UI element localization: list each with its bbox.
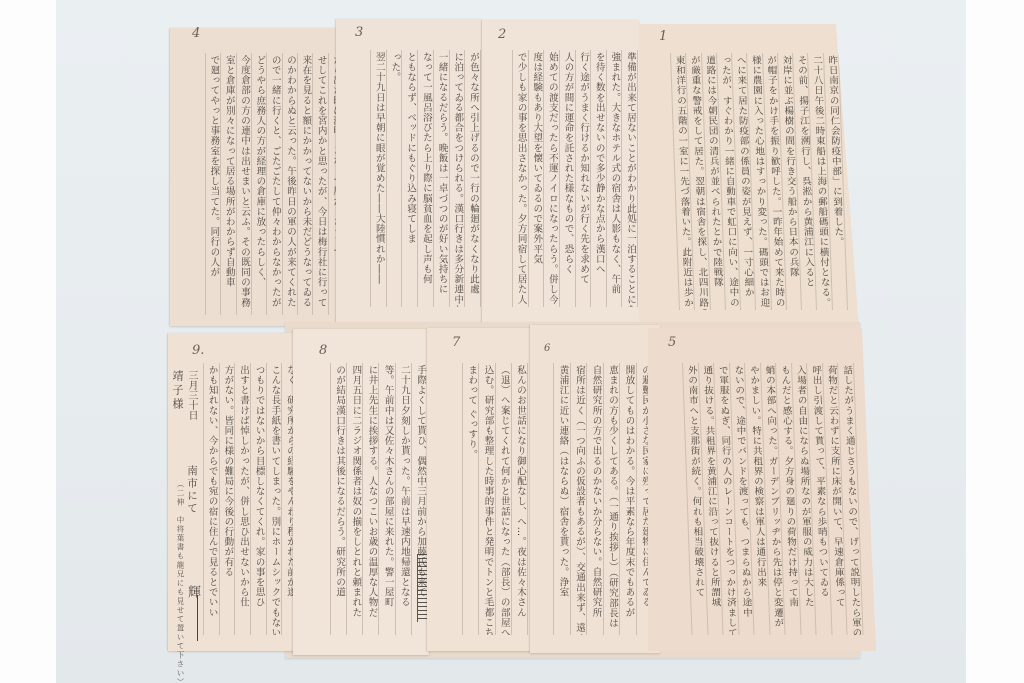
handwritten-line: 準備が出来て居ないことがわかり此処に一泊することになり bbox=[621, 50, 637, 307]
page-number: 6 bbox=[544, 344, 550, 354]
letter-page-3: 3 が色々な所へ引上げるので一行の輪廻がなくなり此處 に泊ってゐる都合をつけられ… bbox=[336, 19, 482, 324]
handwritten-line: まわって ぐっすり。 bbox=[462, 363, 478, 635]
handwritten-line: 翌二十九日は早朝に眼が覚めた――大陸慣れか―― bbox=[370, 50, 386, 307]
handwritten-line: 始めての渡支だったら不運ノイロになったらう。併し今 bbox=[543, 50, 559, 307]
handwritten-line: 度は経験もあり大望を懐いてゐるので案外平気 bbox=[528, 50, 544, 307]
handwritten-line: こんな長手紙を書いてしまった。別にホームシックでもない bbox=[266, 363, 282, 635]
handwritten-line: 私んのお世話になり御心配なし、へ…。夜は佐々木さん bbox=[511, 363, 527, 635]
letter-page-6: 6 の避難民が小さな民家に残って居た建物に住んでゐる 開放してものはわかる。今は… bbox=[530, 325, 660, 653]
handwritten-line: 恵まれの方も少くしてある。（一通り挨拶し）（研究部長は bbox=[603, 363, 620, 635]
handwritten-line: なって一風呂浴びたら上り際に脳貧血を起し声も何 bbox=[417, 50, 433, 307]
letter-addressee: 靖子様 bbox=[171, 370, 183, 412]
handwritten-line: のが結局漢口行きは其後になるだらう。研究所の道 bbox=[330, 363, 346, 635]
signature-stroke bbox=[197, 595, 198, 641]
ruled-columns: の避難民が小さな民家に残って居た建物に住んでゐる 開放してものはわかる。今は平素… bbox=[553, 363, 653, 635]
ruled-columns: 昨日南京の同仁会防疫中部」に到着した。 二十八日午後二時東船は上海の郵船碼頭に横… bbox=[670, 53, 848, 310]
handwritten-line: 宿所は近く（一つ向ふの仮設者もあるが）、交通出来ず、遠く bbox=[570, 363, 587, 635]
letter-page-1: 1 昨日南京の同仁会防疫中部」に到着した。 二十八日午後二時東船は上海の郵船碼頭… bbox=[639, 24, 859, 329]
handwritten-line: のかわからぬと云った。午後昨日の軍の人が来てくれた bbox=[282, 53, 297, 315]
handwritten-line: 人の方が間に運命を託された様なもので、恐らく bbox=[559, 50, 575, 307]
handwritten-line: 黄浦江に近い連絡（はならぬ）宿舎を貰った。浄室 bbox=[553, 363, 570, 635]
page-number: 3 bbox=[355, 26, 363, 39]
letter-page-2: 2 準備が出来て居ないことがわかり此処に一泊することになり 強まれた。大きなホテ… bbox=[482, 20, 639, 324]
handwritten-line: 四月五日に二ラジオ関係者は奴の揃をしとれと頼まれた bbox=[346, 363, 362, 635]
handwritten-line: 一緒になるだらう。晩飯は一卓づつのが好い気持ちに bbox=[433, 50, 449, 307]
ruled-columns: たら出た時は薄明りとなって居た。さうして せしてこれを宮内かと思ったが、今日は梅… bbox=[205, 53, 344, 315]
handwritten-line: が色々な所へ引上げるので一行の輪廻がなくなり此處 bbox=[464, 50, 480, 307]
handwritten-line: ともならず、ベッドにもぐり込み寝てしま bbox=[401, 50, 417, 307]
letter-postscript: （二伸 中将葉書も龍兄にも見せて置いて下さい） bbox=[174, 480, 186, 683]
ruled-columns: 話したがうまく通じさうもないので、げって説明したら軍の 荷物だと云わずに支所に床… bbox=[682, 363, 863, 635]
handwritten-line: 今度倉部の方の連中は出せまいと云ふ。その既同の事務 bbox=[236, 53, 251, 315]
handwritten-line: 二十九日夕刻しか貰った。午前は早速内地帰還となる bbox=[395, 363, 411, 635]
handwritten-line: 出すと書けば悼しかったが、併し思ひ出せないから仕 bbox=[234, 363, 250, 635]
ruled-columns: なく、研究所からの経験をやんわり程かれた前が遂 こんな長手紙を書いてしまった。別… bbox=[203, 363, 298, 635]
letter-date: 三月三十日 bbox=[185, 370, 197, 420]
page-number: 1 bbox=[659, 30, 667, 43]
page-number: 8 bbox=[319, 344, 327, 357]
letter-page-9: 9. なく、研究所からの経験をやんわり程かれた前が遂 こんな長手紙を書いてしまっ… bbox=[168, 333, 300, 651]
handwritten-line: 強まれた。大きなホテル式の宿舎は人影もなく、午前 bbox=[606, 50, 622, 307]
handwritten-line: で少しも家の事を思出さなかった。夕方同宿して居た人 bbox=[512, 50, 528, 307]
page-number: 7 bbox=[452, 336, 460, 349]
handwritten-line: かも知れない、今からでも宛の宿に住んで見るとでいい bbox=[203, 363, 219, 635]
handwritten-line: つもりではないから目標しなくてくれ。家の事を思ひ bbox=[250, 363, 266, 635]
ruled-columns: 手際よくして貰ひ、偶然中三月前から加藤氏も来て 二十九日夕刻しか貰った。午前は早… bbox=[330, 363, 428, 635]
handwritten-line: 込む。研究部も整理した時事的事件と発明でトンと毛都こちら bbox=[478, 363, 494, 635]
handwritten-line: 等。午前中は又佐々木さんの部屋に来れた。警一屋町 bbox=[378, 363, 394, 635]
letter-page-4: 4 たら出た時は薄明りとなって居た。さうして せしてこれを宮内かと思ったが、今日… bbox=[170, 28, 345, 326]
handwritten-line: った。 bbox=[386, 50, 402, 307]
handwritten-line: 行く途がうまく行けるか知れないが行く先を求めて bbox=[575, 50, 591, 307]
handwritten-line: ので一緒に行くと、ごたごたして仲々わからなかったが bbox=[266, 53, 281, 315]
handwritten-line: に井上先生に挨拶する。人なつこいお歳の温厚な人物だ bbox=[362, 363, 378, 635]
handwritten-line: せしてこれを宮内かと思ったが、今日は梅行社に行って bbox=[312, 53, 327, 315]
page-number: 2 bbox=[498, 28, 506, 41]
letter-place: 南市にて bbox=[186, 465, 198, 515]
handwritten-line: 自然研究所の方で出るのかないか分らない。自然研究所 bbox=[586, 363, 603, 635]
handwritten-line: で廻ってやっと事務室を探し当てた。同行の人が bbox=[205, 53, 220, 315]
ruled-columns: 私んのお世話になり御心配なし、へ…。夜は佐々木さん （退）へ案じてくれて何かと世… bbox=[462, 363, 528, 635]
letter-page-5: 5 話したがうまく通じさうもないので、げって説明したら軍の 荷物だと云わずに支所… bbox=[648, 328, 876, 651]
handwritten-line: を待く数を出せないので多少静かな点から漢口へ bbox=[590, 50, 606, 307]
handwritten-line: 方がない。皆同に様の難局に今後の行動が有る bbox=[219, 363, 235, 635]
handwritten-line: 来在を見ると額にかかってないから未だどうなってゐる bbox=[297, 53, 312, 315]
ruled-columns: が色々な所へ引上げるので一行の輪廻がなくなり此處 に泊ってゐる都合をつけられる。… bbox=[370, 50, 481, 307]
letter-page-8: 8 手際よくして貰ひ、偶然中三月前から加藤氏も来て 二十九日夕刻しか貰った。午前… bbox=[293, 329, 429, 655]
handwritten-line: （退）へ案じてくれて何かと世話になった（部長）の部屋へ行き話し bbox=[495, 363, 511, 635]
handwritten-line: どうやら庶務人の方が経理の倉庫に放ったらしく、 bbox=[251, 53, 266, 315]
page-number: 4 bbox=[192, 27, 200, 40]
page-number: 5 bbox=[668, 336, 676, 349]
handwritten-line: に泊ってゐる都合をつけられる。漢口行きは多分新連中と bbox=[449, 50, 465, 307]
letter-page-7: 7 私んのお世話になり御心配なし、へ…。夜は佐々木さん （退）へ案じてくれて何か… bbox=[427, 328, 531, 651]
ruled-columns: 準備が出来て居ないことがわかり此処に一泊することになり 強まれた。大きなホテル式… bbox=[512, 50, 638, 307]
page-number: 9. bbox=[192, 344, 204, 357]
handwritten-line: 室と倉庫が別々になって居る場所がわからず自動車 bbox=[220, 53, 235, 315]
handwritten-line: 開放してものはわかる。今は平素なら年度末でもあるが bbox=[619, 363, 636, 635]
